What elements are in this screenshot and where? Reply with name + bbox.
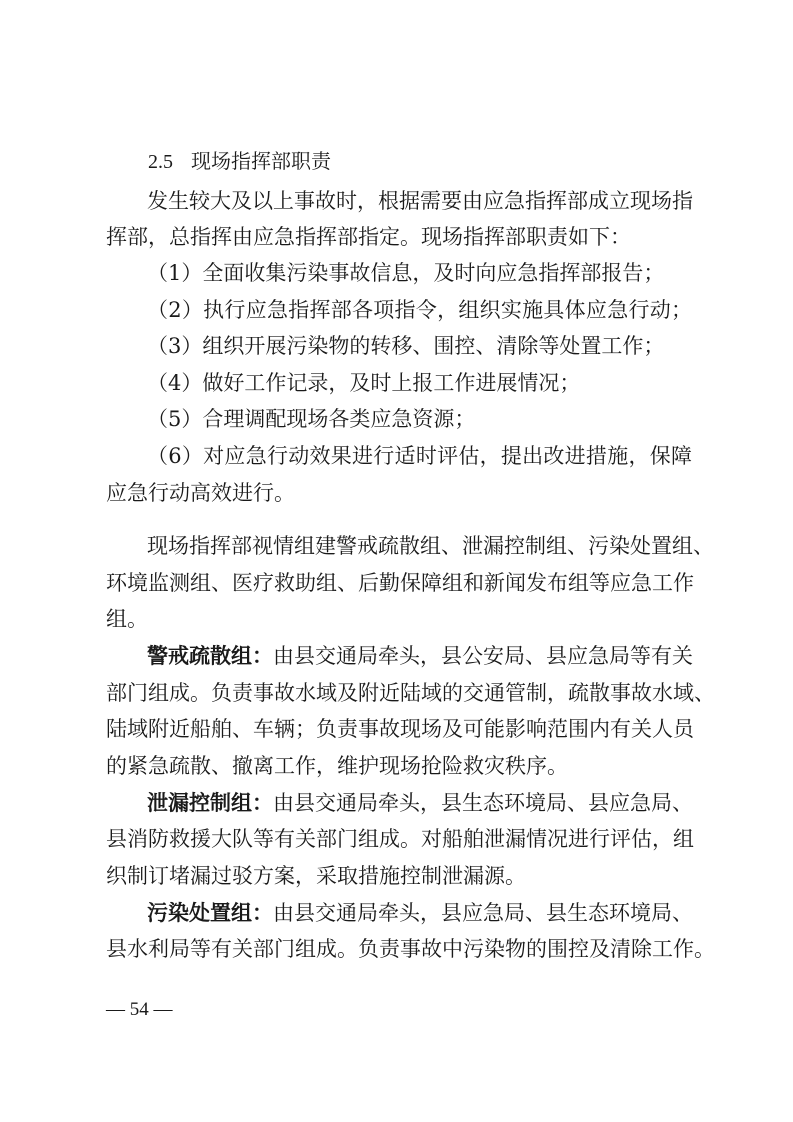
paragraph-line: 县消防救援大队等有关部门组成。对船舶泄漏情况进行评估，组 <box>106 824 692 854</box>
paragraph-line: 发生较大及以上事故时，根据需要由应急指挥部成立现场指 <box>147 186 692 216</box>
list-item-1: （1）全面收集污染事故信息，及时向应急指挥部报告； <box>147 258 692 288</box>
group-leak-control-line: 泄漏控制组：由县交通局牵头，县生态环境局、县应急局、 <box>147 788 692 818</box>
list-item-6-continued: 应急行动高效进行。 <box>106 478 692 508</box>
paragraph-line: 组。 <box>106 604 692 634</box>
group-pollution-disposal-line: 污染处置组：由县交通局牵头，县应急局、县生态环境局、 <box>147 898 692 928</box>
paragraph-line: 县水利局等有关部门组成。负责事故中污染物的围控及清除工作。 <box>106 934 692 964</box>
paragraph-line: 挥部，总指挥由应急指挥部指定。现场指挥部职责如下： <box>106 222 692 252</box>
paragraph-line: 环境监测组、医疗救助组、后勤保障组和新闻发布组等应急工作 <box>106 568 692 598</box>
list-item-3: （3）组织开展污染物的转移、围控、清除等处置工作； <box>147 331 692 361</box>
list-item-4: （4）做好工作记录，及时上报工作进展情况； <box>147 368 692 398</box>
section-title: 现场指挥部职责 <box>191 149 331 173</box>
group-leak-control-label: 泄漏控制组： <box>147 790 273 815</box>
group-evacuation-label: 警戒疏散组： <box>147 643 273 668</box>
list-item-2: （2）执行应急指挥部各项指令，组织实施具体应急行动； <box>147 295 692 325</box>
page-number: — 54 — <box>106 995 173 1025</box>
document-page: 2.5现场指挥部职责 发生较大及以上事故时，根据需要由应急指挥部成立现场指 挥部… <box>0 0 793 1122</box>
group-evacuation-line: 警戒疏散组：由县交通局牵头，县公安局、县应急局等有关 <box>147 641 692 671</box>
list-item-5: （5）合理调配现场各类应急资源； <box>147 404 692 434</box>
paragraph-line: 的紧急疏散、撤离工作，维护现场抢险救灾秩序。 <box>106 751 692 781</box>
paragraph-line: 现场指挥部视情组建警戒疏散组、泄漏控制组、污染处置组、 <box>147 531 692 561</box>
list-item-6: （6）对应急行动效果进行适时评估，提出改进措施，保障 <box>147 441 692 471</box>
paragraph-line: 部门组成。负责事故水域及附近陆域的交通管制，疏散事故水域、 <box>106 678 692 708</box>
group-leak-control-text: 由县交通局牵头，县生态环境局、县应急局、 <box>273 791 693 815</box>
paragraph-line: 织制订堵漏过驳方案，采取措施控制泄漏源。 <box>106 861 692 891</box>
group-evacuation-text: 由县交通局牵头，县公安局、县应急局等有关 <box>273 644 693 668</box>
section-number: 2.5 <box>148 151 173 173</box>
paragraph-line: 陆域附近船舶、车辆；负责事故现场及可能影响范围内有关人员 <box>106 714 692 744</box>
group-pollution-disposal-label: 污染处置组： <box>147 900 273 925</box>
group-pollution-disposal-text: 由县交通局牵头，县应急局、县生态环境局、 <box>273 901 693 925</box>
section-heading: 2.5现场指挥部职责 <box>148 146 331 177</box>
